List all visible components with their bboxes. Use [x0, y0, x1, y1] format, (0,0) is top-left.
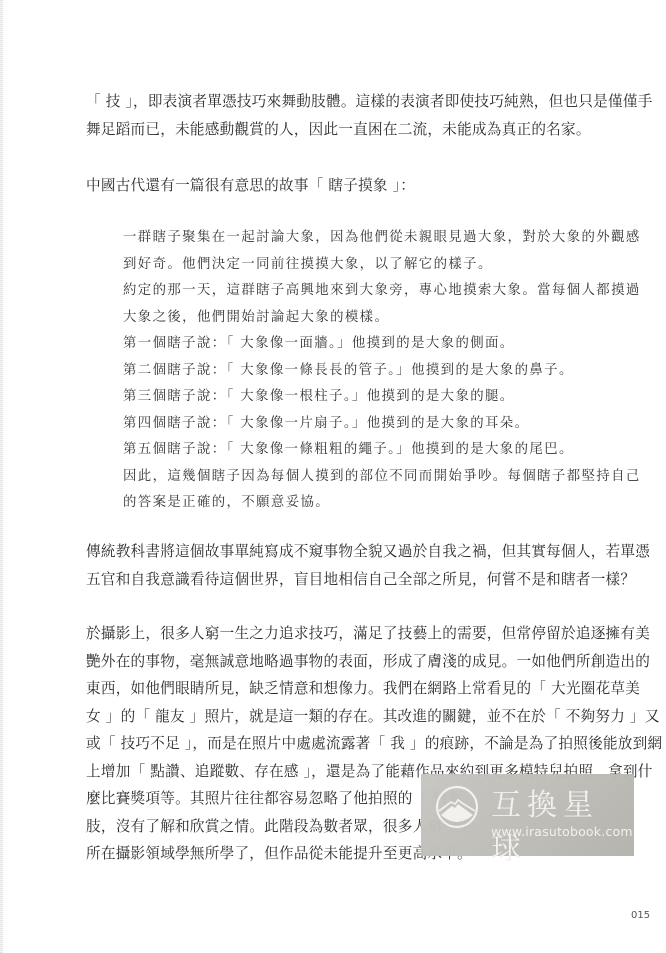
quote-line: 到好奇。他們決定一同前往摸摸大象，以了解它的樣子。: [123, 252, 603, 279]
quote-line: 第二個瞎子說：「 大象像一條長長的管子。」他摸到的是大象的鼻子。: [123, 358, 603, 385]
text-line: 女 」的「 龍友 」照片，就是這一類的存在。其改進的關鍵，並不在於「 不夠努力 …: [86, 703, 626, 731]
paragraph-textbook-commentary: 傳統教科書將這個故事單純寫成不窺事物全貌又過於自我之禍，但其實每個人，若單憑 五…: [86, 538, 626, 593]
text-line: 傳統教科書將這個故事單純寫成不窺事物全貌又過於自我之禍，但其實每個人，若單憑: [86, 538, 626, 566]
paragraph-story-intro: 中國古代還有一篇很有意思的故事「 瞎子摸象 」：: [86, 172, 626, 200]
text-line: 五官和自我意識看待這個世界，盲目地相信自己全部之所見，何嘗不是和瞎者一樣？: [86, 566, 626, 594]
text-line: 或「 技巧不足 」，而是在照片中處處流露著「 我 」的痕跡，不論是為了拍照後能放…: [86, 730, 626, 758]
page-edge: [0, 0, 3, 953]
watermark-banner: 互換星球 www.irasutobook.com: [421, 774, 634, 856]
watermark-url: www.irasutobook.com: [491, 824, 633, 839]
quote-line: 的答案是正確的，不願意妥協。: [123, 490, 603, 517]
quote-line: 第五個瞎子說：「 大象像一條粗粗的繩子。」他摸到的是大象的尾巴。: [123, 437, 603, 464]
quote-line: 約定的那一天，這群瞎子高興地來到大象旁，專心地摸索大象。當每個人都摸過: [123, 278, 603, 305]
mountain-logo-icon: [435, 785, 479, 829]
quote-line: 第一個瞎子說：「 大象像一面牆。」他摸到的是大象的側面。: [123, 331, 603, 358]
text-line: 舞足蹈而已，未能感動觀賞的人，因此一直困在二流，未能成為真正的名家。: [86, 116, 626, 144]
text-line: 於攝影上，很多人窮一生之力追求技巧，滿足了技藝上的需要，但常停留於追逐擁有美: [86, 620, 626, 648]
paragraph-technique: 「 技 」，即表演者單憑技巧來舞動肢體。這樣的表演者即使技巧純熟，但也只是僅僅手…: [86, 88, 626, 143]
quote-line: 第四個瞎子說：「 大象像一片扇子。」他摸到的是大象的耳朵。: [123, 411, 603, 438]
text-line: 中國古代還有一篇很有意思的故事「 瞎子摸象 」：: [86, 172, 626, 200]
text-line: 艷外在的事物，毫無誠意地略過事物的表面，形成了膚淺的成見。一如他們所創造出的: [86, 648, 626, 676]
quote-line: 因此，這幾個瞎子因為每個人摸到的部位不同而開始爭吵。每個瞎子都堅持自己: [123, 464, 603, 491]
quote-line: 一群瞎子聚集在一起討論大象，因為他們從未親眼見過大象，對於大象的外觀感: [123, 225, 603, 252]
text-line: 東西，如他們眼睛所見，缺乏情意和想像力。我們在網路上常看見的「 大光圈花草美: [86, 675, 626, 703]
quote-line: 第三個瞎子說：「 大象像一根柱子。」他摸到的是大象的腿。: [123, 384, 603, 411]
quote-line: 大象之後，他們開始討論起大象的模樣。: [123, 305, 603, 332]
blockquote-blind-men-elephant: 一群瞎子聚集在一起討論大象，因為他們從未親眼見過大象，對於大象的外觀感 到好奇。…: [123, 225, 603, 517]
text-line: 「 技 」，即表演者單憑技巧來舞動肢體。這樣的表演者即使技巧純熟，但也只是僅僅手: [86, 88, 626, 116]
page-number: 015: [631, 910, 650, 921]
